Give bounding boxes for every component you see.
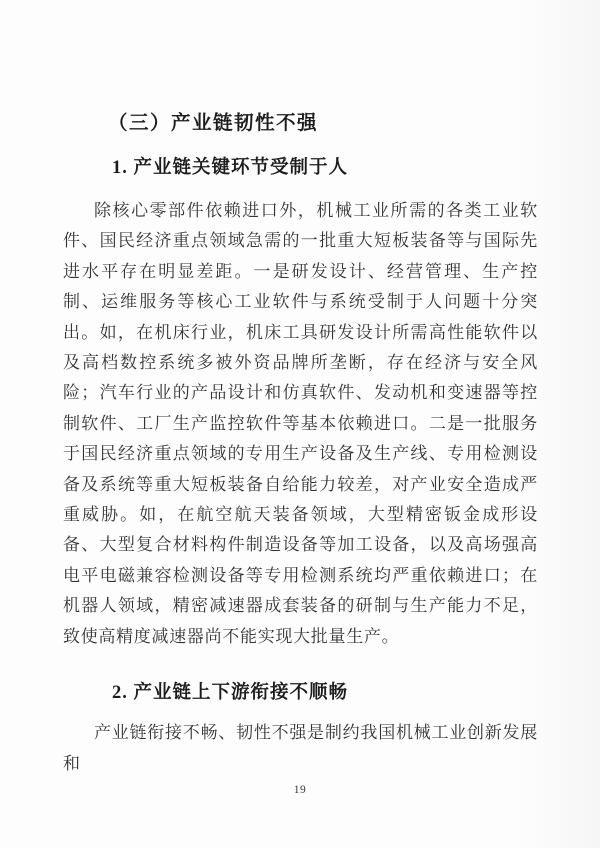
page-content: （三）产业链韧性不强 1. 产业链关键环节受制于人 除核心零部件依赖进口外，机械… xyxy=(63,0,538,779)
subsection-2-paragraph: 产业链衔接不畅、韧性不强是制约我国机械工业创新发展和 xyxy=(63,718,538,779)
subsection-2-heading: 2. 产业链上下游衔接不顺畅 xyxy=(112,680,538,706)
subsection-1-heading: 1. 产业链关键环节受制于人 xyxy=(112,155,538,181)
subsection-1-paragraph: 除核心零部件依赖进口外，机械工业所需的各类工业软件、国民经济重点领域急需的一批重… xyxy=(63,196,538,652)
document-page: （三）产业链韧性不强 1. 产业链关键环节受制于人 除核心零部件依赖进口外，机械… xyxy=(0,0,600,848)
section-heading: （三）产业链韧性不强 xyxy=(108,111,538,137)
page-number: 19 xyxy=(0,784,600,796)
